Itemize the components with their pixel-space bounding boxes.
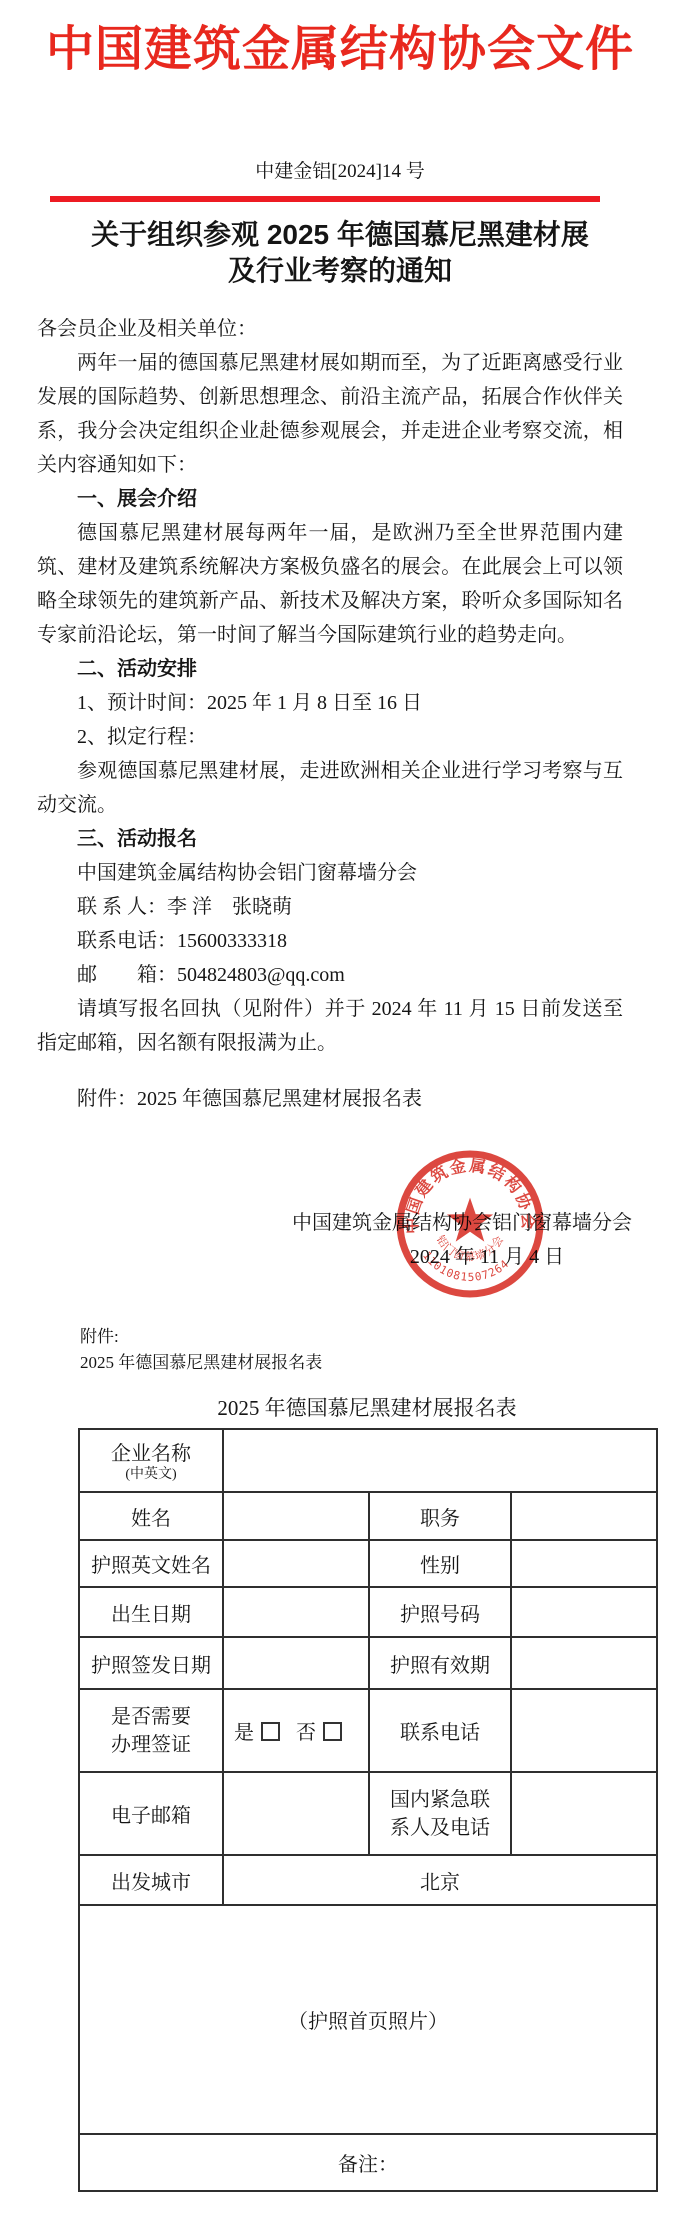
visa-needed-label: 是否需要 办理签证: [79, 1689, 223, 1772]
notice-body: 各会员企业及相关单位： 两年一届的德国慕尼黑建材展如期而至，为了近距离感受行业发…: [37, 312, 623, 1116]
table-row: 出生日期 护照号码: [79, 1587, 657, 1637]
notice-title-line1: 关于组织参观 2025 年德国慕尼黑建材展: [0, 217, 680, 253]
position-label: 职务: [369, 1492, 511, 1540]
table-row: 护照签发日期 护照有效期: [79, 1637, 657, 1689]
visa-label-line1: 是否需要: [80, 1703, 222, 1731]
passport-photo-cell[interactable]: （护照首页照片）: [79, 1905, 657, 2134]
table-row: 护照英文姓名 性别: [79, 1540, 657, 1587]
attachment-section-name: 2025 年德国慕尼黑建材展报名表: [80, 1348, 322, 1373]
table-row: 企业名称 (中英文): [79, 1429, 657, 1492]
gender-label: 性别: [369, 1540, 511, 1587]
red-divider-line: [50, 196, 600, 202]
position-field[interactable]: [511, 1492, 657, 1540]
contact-phone-line: 联系电话：15600333318: [37, 924, 623, 958]
visa-checkbox-cell: 是否: [223, 1689, 369, 1772]
section2-item-time: 1、预计时间：2025 年 1 月 8 日至 16 日: [37, 686, 623, 720]
company-name-field[interactable]: [223, 1429, 657, 1492]
company-name-label: 企业名称 (中英文): [79, 1429, 223, 1492]
visa-no-checkbox[interactable]: [323, 1722, 342, 1741]
passport-expiry-field[interactable]: [511, 1637, 657, 1689]
intro-paragraph: 两年一届的德国慕尼黑建材展如期而至，为了近距离感受行业发展的国际趋势、创新思想理…: [37, 346, 623, 482]
document-header-title: 中国建筑金属结构协会文件: [0, 10, 680, 79]
table-row: （护照首页照片）: [79, 1905, 657, 2134]
notice-title-line2: 及行业考察的通知: [0, 253, 680, 289]
registration-form-title: 2025 年德国慕尼黑建材展报名表: [78, 1392, 656, 1422]
emergency-label-line2: 系人及电话: [370, 1814, 510, 1842]
table-row: 电子邮箱 国内紧急联 系人及电话: [79, 1772, 657, 1855]
emergency-label-line1: 国内紧急联: [370, 1786, 510, 1814]
emergency-contact-label: 国内紧急联 系人及电话: [369, 1772, 511, 1855]
registration-form-table: 企业名称 (中英文) 姓名 职务 护照英文姓名 性别 出生日期 护照号码 护照签…: [78, 1428, 658, 2192]
svg-text:铝门窗幕墙分会: 铝门窗幕墙分会: [434, 1232, 507, 1263]
email-field[interactable]: [223, 1772, 369, 1855]
gender-field[interactable]: [511, 1540, 657, 1587]
emergency-contact-field[interactable]: [511, 1772, 657, 1855]
seal-star-icon: [447, 1198, 493, 1242]
section2-heading: 二、活动安排: [37, 652, 623, 686]
company-name-label-text: 企业名称: [80, 1437, 222, 1466]
passport-name-label: 护照英文姓名: [79, 1540, 223, 1587]
contact-person-line: 联 系 人：李 洋 张晓萌: [37, 890, 623, 924]
attachment-section-label: 附件:: [80, 1322, 119, 1347]
passport-issue-field[interactable]: [223, 1637, 369, 1689]
official-seal-stamp-icon: 中国建筑金属结构协会 铝门窗幕墙分会 1101081507264: [394, 1148, 546, 1300]
passport-name-field[interactable]: [223, 1540, 369, 1587]
contact-email-line: 邮 箱：504824803@qq.com: [37, 958, 623, 992]
visa-yes-label: 是: [234, 1722, 254, 1744]
birth-date-field[interactable]: [223, 1587, 369, 1637]
submit-paragraph: 请填写报名回执（见附件）并于 2024 年 11 月 15 日前发送至指定邮箱，…: [37, 992, 623, 1060]
remark-cell[interactable]: 备注：: [79, 2134, 657, 2191]
name-field[interactable]: [223, 1492, 369, 1540]
visa-label-line2: 办理签证: [80, 1731, 222, 1759]
organizer-line: 中国建筑金属结构协会铝门窗幕墙分会: [37, 856, 623, 890]
passport-issue-label: 护照签发日期: [79, 1637, 223, 1689]
phone-label: 联系电话: [369, 1689, 511, 1772]
document-page: 中国建筑金属结构协会文件 中建金铝[2024]14 号 关于组织参观 2025 …: [0, 0, 680, 2224]
document-number: 中建金铝[2024]14 号: [0, 156, 680, 183]
name-label: 姓名: [79, 1492, 223, 1540]
table-row: 出发城市 北京: [79, 1855, 657, 1905]
passport-expiry-label: 护照有效期: [369, 1637, 511, 1689]
section2-paragraph: 参观德国慕尼黑建材展，走进欧洲相关企业进行学习考察与互动交流。: [37, 754, 623, 822]
attachment-note: 附件：2025 年德国慕尼黑建材展报名表: [37, 1082, 623, 1116]
section3-heading: 三、活动报名: [37, 822, 623, 856]
table-row: 是否需要 办理签证 是否 联系电话: [79, 1689, 657, 1772]
company-name-sublabel: (中英文): [80, 1466, 222, 1484]
table-row: 姓名 职务: [79, 1492, 657, 1540]
passport-number-label: 护照号码: [369, 1587, 511, 1637]
salutation: 各会员企业及相关单位：: [37, 312, 623, 346]
phone-field[interactable]: [511, 1689, 657, 1772]
section1-paragraph: 德国慕尼黑建材展每两年一届，是欧洲乃至全世界范围内建筑、建材及建筑系统解决方案极…: [37, 516, 623, 652]
departure-city-label: 出发城市: [79, 1855, 223, 1905]
email-label: 电子邮箱: [79, 1772, 223, 1855]
seal-inner-text: 铝门窗幕墙分会: [434, 1232, 507, 1263]
departure-city-field[interactable]: 北京: [223, 1855, 657, 1905]
passport-number-field[interactable]: [511, 1587, 657, 1637]
notice-title: 关于组织参观 2025 年德国慕尼黑建材展 及行业考察的通知: [0, 217, 680, 289]
birth-date-label: 出生日期: [79, 1587, 223, 1637]
visa-no-label: 否: [296, 1722, 316, 1744]
visa-yes-checkbox[interactable]: [261, 1722, 280, 1741]
table-row: 备注：: [79, 2134, 657, 2191]
section2-item-itinerary: 2、拟定行程：: [37, 720, 623, 754]
section1-heading: 一、展会介绍: [37, 482, 623, 516]
